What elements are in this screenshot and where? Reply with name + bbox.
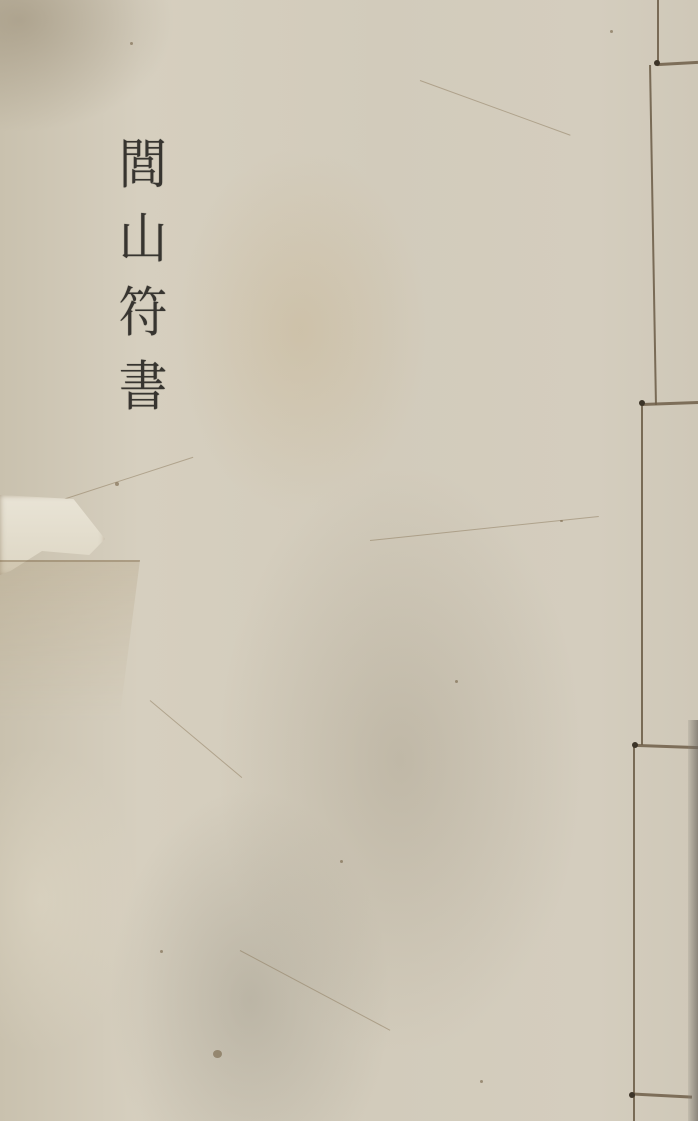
binding-hole-1	[654, 60, 660, 66]
thread-binding	[608, 0, 698, 1121]
title-char-2: 山	[119, 202, 168, 276]
binding-spine-upper	[657, 0, 659, 65]
paper-speck	[213, 1050, 222, 1058]
title-char-1: 閭	[119, 128, 168, 202]
binding-spine-mid1	[649, 65, 657, 405]
paper-crease	[60, 457, 193, 501]
binding-stitch-2	[642, 401, 698, 406]
binding-hole-4	[629, 1092, 635, 1098]
binding-spine-mid2	[641, 405, 643, 745]
title-char-4: 書	[119, 350, 168, 424]
binding-spine-lower	[633, 745, 635, 1121]
paper-crease	[240, 950, 391, 1031]
cover-title: 閭 山 符 書	[108, 128, 178, 424]
paper-speck	[480, 1080, 483, 1083]
binding-stitch-4	[632, 1092, 692, 1098]
binding-hole-3	[632, 742, 638, 748]
binding-hole-2	[639, 400, 645, 406]
paper-speck	[455, 680, 458, 683]
book-cover: 閭 山 符 書	[0, 0, 698, 1121]
paper-crease	[150, 700, 243, 778]
paper-speck	[130, 42, 133, 45]
paper-speck	[160, 950, 163, 953]
page-edge-shadow	[688, 720, 698, 1121]
binding-stitch-1	[657, 61, 698, 66]
title-char-3: 符	[119, 276, 168, 350]
paper-speck	[340, 860, 343, 863]
paper-crease	[420, 80, 571, 136]
paper-crease	[370, 516, 599, 541]
torn-edge	[0, 560, 140, 722]
